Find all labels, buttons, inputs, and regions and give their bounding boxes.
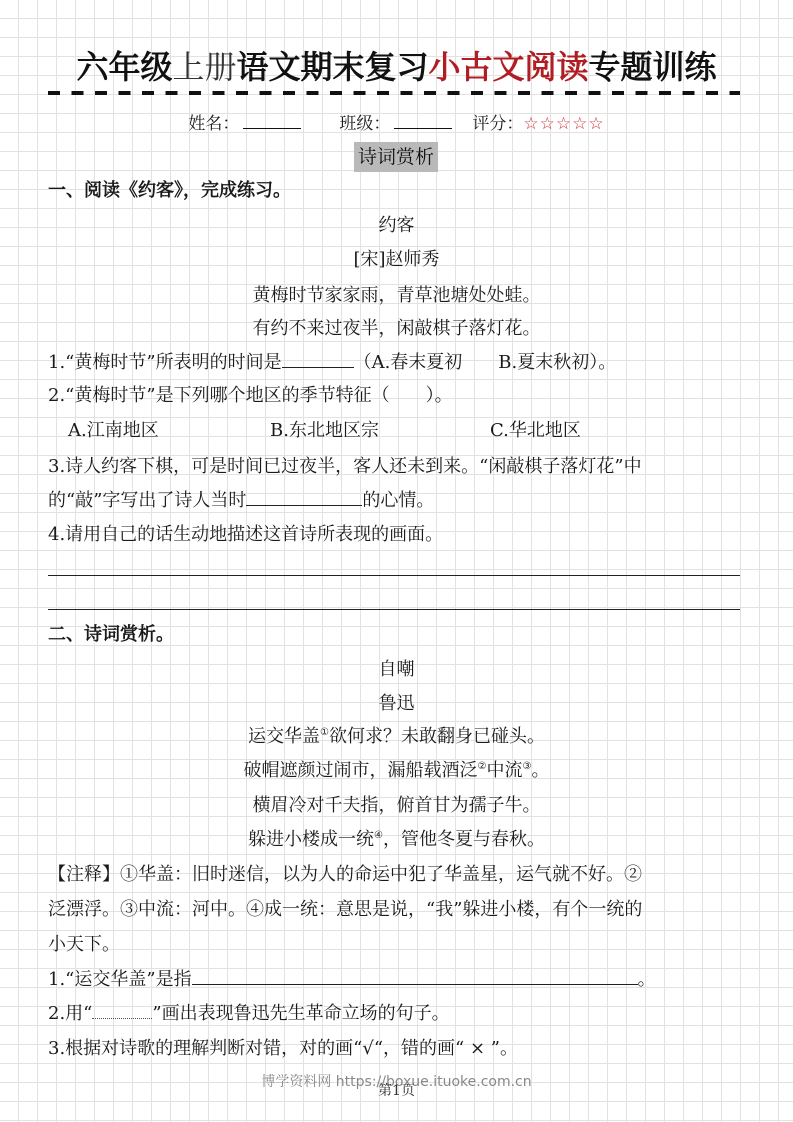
annotation-line: 泛漂浮。③中流：河中。④成一统：意思是说，“我”躲进小楼，有个一统的 <box>48 895 642 921</box>
s2-question-3: 3.根据对诗歌的理解判断对错，对的画“√“，错的画“ × ”。 <box>48 1034 518 1060</box>
poem2-line: 横眉冷对千夫指，俯首甘为孺子牛。 <box>0 791 793 817</box>
answer-line[interactable] <box>48 609 740 610</box>
annotation-line: 小天下。 <box>48 930 120 956</box>
question-options: （A.春末夏初 B.夏末秋初）。 <box>354 352 617 373</box>
title-topic-highlight: 小古文阅读 <box>429 48 589 86</box>
wavy-underline-sample <box>92 1004 152 1019</box>
class-label: 班级： <box>339 114 390 134</box>
poem2-line: 破帽遮颜过闹市，漏船载酒泛②中流③。 <box>0 756 793 782</box>
s1-q2-option-c: C.华北地区 <box>490 416 581 442</box>
title-subject: 语文期末复习 <box>236 48 428 86</box>
poem1-title: 约客 <box>0 211 793 237</box>
question-text: 的心情。 <box>362 490 434 511</box>
page-number: 第1页 <box>0 1080 793 1100</box>
s1-question-3-cont: 的“敲”字写出了诗人当时的心情。 <box>48 486 434 512</box>
question-text: 2.用“ <box>48 1003 92 1024</box>
poem2-author: 鲁迅 <box>0 689 793 715</box>
title-volume: 上册 <box>172 48 236 86</box>
s1-question-3: 3.诗人约客下棋，可是时间已过夜半，客人还未到来。“闲敲棋子落灯花”中 <box>48 452 642 478</box>
s1-q2-option-b: B.东北地区宗 <box>270 416 379 442</box>
poem1-author: [宋]赵师秀 <box>0 245 793 271</box>
answer-blank[interactable] <box>246 489 362 506</box>
section-tag: 诗词赏析 <box>354 142 438 172</box>
question-text: 的“敲”字写出了诗人当时 <box>48 490 246 511</box>
answer-line[interactable] <box>48 575 740 576</box>
section1-heading: 一、阅读《约客》，完成练习。 <box>48 176 291 202</box>
answer-blank[interactable] <box>192 968 638 985</box>
s2-question-1: 1.“运交华盖”是指。 <box>48 965 656 991</box>
s1-question-1: 1.“黄梅时节”所表明的时间是（A.春末夏初 B.夏末秋初）。 <box>48 348 616 374</box>
s1-q2-option-a: A.江南地区 <box>68 416 159 442</box>
dashed-divider <box>48 91 740 95</box>
poem2-line: 运交华盖①欲何求？未敢翻身已碰头。 <box>0 722 793 748</box>
poem2-title: 自嘲 <box>0 655 793 681</box>
title-grade: 六年级 <box>76 48 172 86</box>
section2-heading: 二、诗词赏析。 <box>48 620 174 646</box>
student-info-row: 姓名：班级：评分：☆☆☆☆☆ <box>0 109 793 134</box>
poem1-line: 黄梅时节家家雨，青草池塘处处蛙。 <box>0 281 793 307</box>
class-field[interactable] <box>394 114 452 129</box>
s1-question-2: 2.“黄梅时节”是下列哪个地区的季节特征（ ）。 <box>48 381 453 407</box>
name-field[interactable] <box>243 114 301 129</box>
poem1-line: 有约不来过夜半，闲敲棋子落灯花。 <box>0 314 793 340</box>
name-label: 姓名： <box>188 114 239 134</box>
s1-question-4: 4.请用自己的话生动地描述这首诗所表现的画面。 <box>48 520 443 546</box>
poem2-line: 躲进小楼成一统④，管他冬夏与春秋。 <box>0 825 793 851</box>
question-text: 。 <box>638 969 656 990</box>
question-text: ”画出表现鲁迅先生革命立场的句子。 <box>152 1003 449 1024</box>
score-label: 评分： <box>472 114 523 134</box>
answer-blank[interactable] <box>282 351 354 368</box>
page-title: 六年级上册语文期末复习小古文阅读专题训练 <box>0 42 793 88</box>
star-rating-icon: ☆☆☆☆☆ <box>523 114 604 134</box>
annotation-line: 【注释】①华盖：旧时迷信，以为人的命运中犯了华盖星，运气就不好。② <box>48 860 642 886</box>
question-text: 1.“黄梅时节”所表明的时间是 <box>48 352 282 373</box>
question-text: 1.“运交华盖”是指 <box>48 969 192 990</box>
title-suffix: 专题训练 <box>589 48 717 86</box>
s2-question-2: 2.用“”画出表现鲁迅先生革命立场的句子。 <box>48 999 450 1025</box>
